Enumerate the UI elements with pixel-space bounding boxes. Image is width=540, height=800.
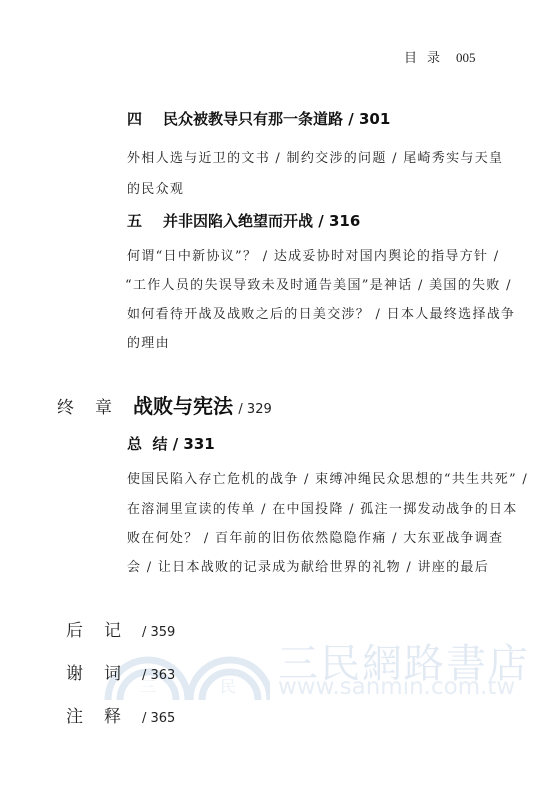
section-numeral: 四: [127, 108, 163, 129]
section-page: / 316: [318, 212, 360, 230]
toc-subentry-line: 的民众观: [127, 178, 184, 197]
toc-subentry-line: “工作人员的失误导致未及时通告美国”是神话 / 美国的失败 /: [125, 274, 512, 293]
toc-subentry-line: 使国民陷入存亡危机的战争 / 束缚冲绳民众思想的“共生共死” /: [127, 468, 528, 487]
toc-subentry-line: 何谓“日中新协议”？ / 达成妥协时对国内舆论的指导方针 /: [127, 245, 499, 264]
toc-summary-heading[interactable]: 总 结 / 331: [127, 433, 215, 454]
header-title: 目录: [404, 51, 450, 66]
toc-subentry-line: 外相人选与近卫的文书 / 制约交涉的问题 / 尾崎秀实与天皇: [127, 147, 503, 166]
chapter-page: / 329: [238, 402, 271, 417]
running-header: 目录005: [404, 47, 476, 66]
backmatter-label: 后记: [66, 621, 142, 641]
toc-subentry-line: 会 / 让日本战败的记录成为献给世界的礼物 / 讲座的最后: [127, 556, 489, 575]
watermark-url: www.sanmin.com.tw: [278, 674, 515, 700]
chapter-title: 战败与宪法: [133, 394, 233, 418]
toc-final-chapter-heading[interactable]: 终章战败与宪法 / 329: [57, 390, 272, 419]
watermark-arch-label: 民: [220, 674, 236, 697]
header-page-number: 005: [456, 50, 476, 65]
backmatter-page: / 365: [142, 711, 175, 726]
backmatter-page: / 359: [142, 625, 175, 640]
summary-page: / 331: [173, 435, 215, 453]
toc-subentry-line: 如何看待开战及战败之后的日美交涉？ / 日本人最终选择战争: [127, 303, 515, 322]
section-page: / 301: [348, 110, 390, 128]
chapter-label: 终章: [57, 398, 133, 418]
toc-subentry-line: 在溶洞里宣读的传单 / 在中国投降 / 孤注一掷发动战争的日本: [127, 498, 518, 517]
backmatter-page: / 363: [142, 668, 175, 683]
toc-section-5-heading[interactable]: 五并非因陷入绝望而开战 / 316: [127, 210, 360, 231]
toc-section-4-heading[interactable]: 四民众被教导只有那一条道路 / 301: [127, 108, 390, 129]
backmatter-label: 谢词: [66, 664, 142, 684]
toc-subentry-line: 的理由: [127, 332, 170, 351]
toc-backmatter-acknowledgements[interactable]: 谢词/ 363: [66, 659, 175, 684]
summary-title: 总 结: [127, 435, 167, 453]
section-title: 民众被教导只有那一条道路: [163, 110, 343, 128]
toc-backmatter-afterword[interactable]: 后记/ 359: [66, 616, 175, 641]
toc-backmatter-notes[interactable]: 注释/ 365: [66, 702, 175, 727]
toc-subentry-line: 败在何处？ / 百年前的旧伤依然隐隐作痛 / 大东亚战争调查: [127, 527, 503, 546]
section-title: 并非因陷入绝望而开战: [163, 212, 313, 230]
section-numeral: 五: [127, 210, 163, 231]
backmatter-label: 注释: [66, 707, 142, 727]
